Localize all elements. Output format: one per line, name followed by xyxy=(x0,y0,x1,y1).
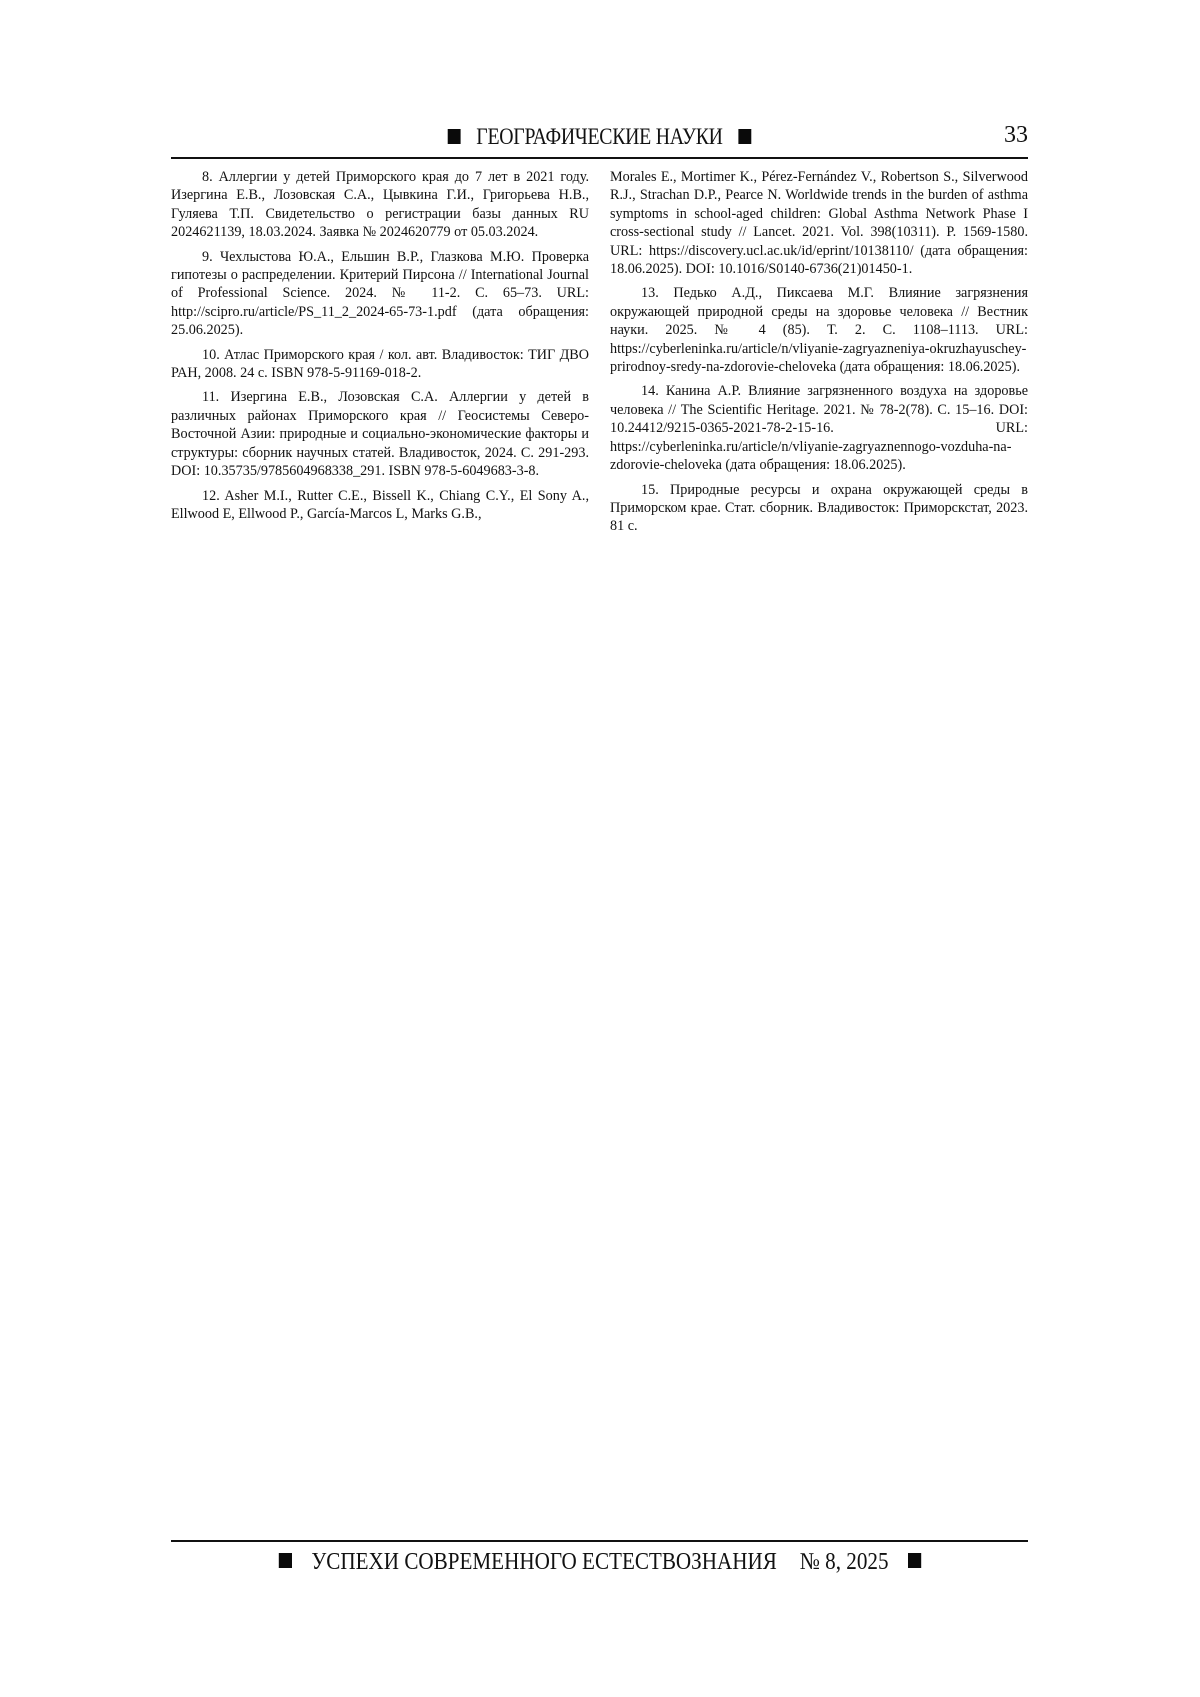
square-bullet-icon xyxy=(448,129,461,144)
reference-item: 11. Изергина Е.В., Лозовская С.А. Аллерг… xyxy=(171,388,589,480)
section-title: ГЕОГРАФИЧЕСКИЕ НАУКИ xyxy=(476,124,722,149)
reference-item-continued: Morales E., Mortimer K., Pérez-Fernández… xyxy=(610,168,1028,278)
reference-item: 8. Аллергии у детей Приморского края до … xyxy=(171,168,589,242)
reference-item: 14. Канина А.Р. Влияние загрязненного во… xyxy=(610,382,1028,474)
square-bullet-icon xyxy=(278,1553,291,1568)
journal-title: УСПЕХИ СОВРЕМЕННОГО ЕСТЕСТВОЗНАНИЯ xyxy=(311,1549,777,1575)
reference-item: 9. Чехлыстова Ю.А., Ельшин В.Р., Глазков… xyxy=(171,248,589,340)
references-left-column: 8. Аллергии у детей Приморского края до … xyxy=(171,168,589,529)
footer-rule xyxy=(171,1540,1028,1542)
square-bullet-icon xyxy=(907,1553,920,1568)
reference-item: 10. Атлас Приморского края / кол. авт. В… xyxy=(171,346,589,383)
page-number: 33 xyxy=(1004,122,1028,149)
running-footer: УСПЕХИ СОВРЕМЕННОГО ЕСТЕСТВОЗНАНИЯ№ 8, 2… xyxy=(171,1549,1028,1576)
square-bullet-icon xyxy=(738,129,751,144)
issue-number: № 8, 2025 xyxy=(799,1549,888,1575)
reference-item: 12. Asher M.I., Rutter C.E., Bissell K.,… xyxy=(171,487,589,524)
reference-item: 15. Природные ресурсы и охрана окружающе… xyxy=(610,481,1028,536)
header-title-line: ГЕОГРАФИЧЕСКИЕ НАУКИ xyxy=(231,124,968,150)
reference-item: 13. Педько А.Д., Пиксаева М.Г. Влияние з… xyxy=(610,284,1028,376)
header-rule xyxy=(171,157,1028,159)
references-right-column: Morales E., Mortimer K., Pérez-Fernández… xyxy=(610,168,1028,542)
running-header: ГЕОГРАФИЧЕСКИЕ НАУКИ 33 xyxy=(171,120,1028,160)
